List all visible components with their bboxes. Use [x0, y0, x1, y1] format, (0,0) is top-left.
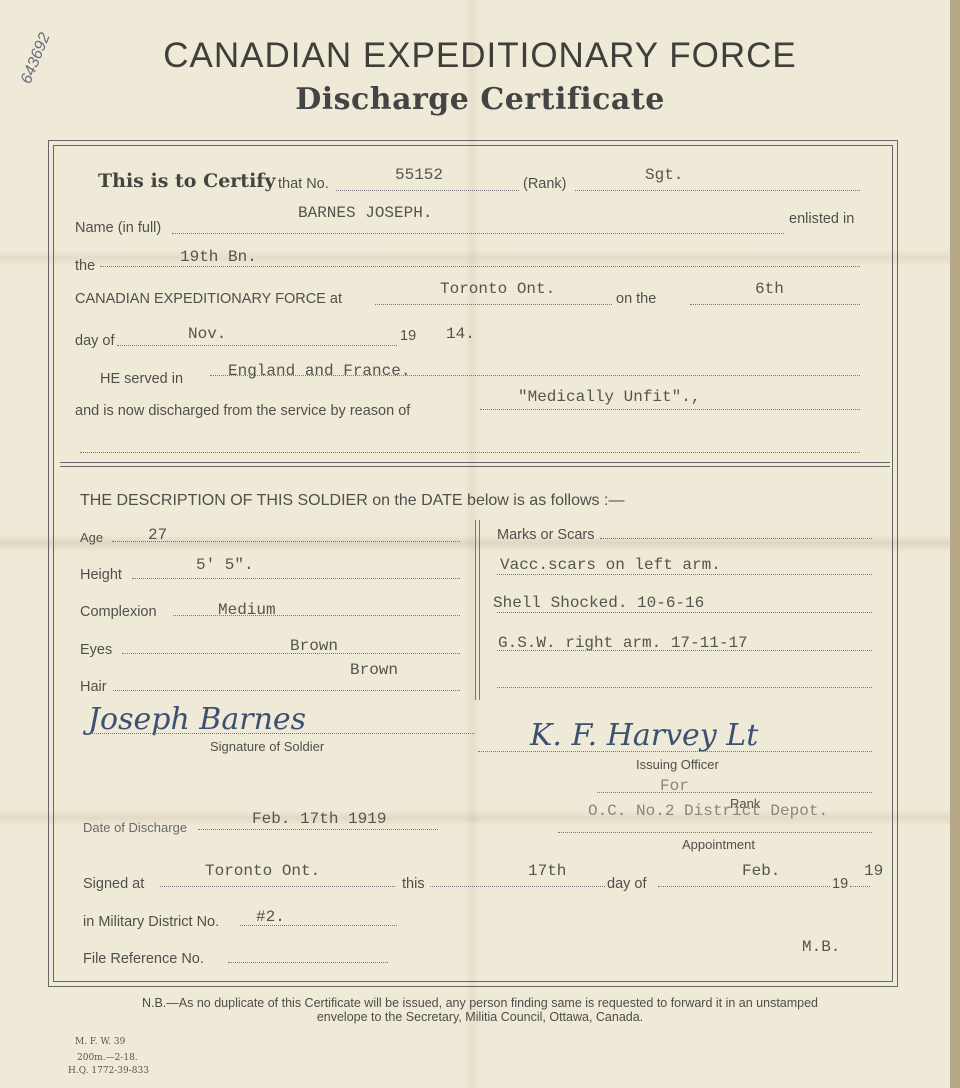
height-value: 5' 5".: [196, 556, 254, 574]
signed-at-label: Signed at: [83, 876, 144, 892]
marks-label: Marks or Scars: [497, 527, 595, 543]
description-heading: THE DESCRIPTION OF THIS SOLDIER on the D…: [80, 492, 624, 510]
district-label: in Military District No.: [83, 914, 219, 930]
signed-at-value: Toronto Ont.: [205, 862, 320, 880]
officer-signature: K. F. Harvey Lt: [530, 718, 758, 753]
number-label: that No.: [278, 176, 329, 192]
document-title: CANADIAN EXPEDITIONARY FORCE: [0, 36, 960, 76]
appointment-line: [558, 832, 872, 833]
signed-at-line: [160, 886, 395, 887]
name-line: [172, 233, 784, 234]
district-value: #2.: [256, 908, 285, 926]
enlist-month-line: [117, 345, 397, 346]
document-subtitle: Discharge Certificate: [0, 82, 960, 117]
nb-notice-line-1: N.B.—As no duplicate of this Certificate…: [60, 996, 900, 1010]
column-divider-right: [479, 520, 480, 700]
complexion-label: Complexion: [80, 604, 157, 620]
reason-value: "Medically Unfit".,: [518, 388, 700, 406]
enlist-year-prefix: 19: [400, 328, 416, 344]
enlist-day-line: [690, 304, 860, 305]
reason-label: and is now discharged from the service b…: [75, 403, 410, 419]
officer-signature-line: [478, 751, 872, 752]
day-line: [430, 886, 605, 887]
the-label: the: [75, 258, 95, 274]
signed-year-prefix: 19: [832, 876, 848, 892]
complexion-value: Medium: [218, 601, 276, 619]
certify-lead: This is to Certify: [98, 170, 276, 192]
enlist-month: Nov.: [188, 325, 226, 343]
marks-item: Shell Shocked. 10-6-16: [493, 594, 704, 612]
served-label: HE served in: [100, 371, 183, 387]
officer-rank-line: [597, 792, 872, 793]
file-ref-label: File Reference No.: [83, 951, 204, 967]
hair-label: Hair: [80, 679, 107, 695]
age-value: 27: [148, 526, 167, 544]
section-divider-bottom: [60, 466, 890, 467]
rank-label: (Rank): [523, 176, 567, 192]
officer-signature-label: Issuing Officer: [636, 757, 719, 772]
marks-line-0: [600, 538, 872, 539]
signed-day: 17th: [528, 862, 566, 880]
number-line: [336, 190, 519, 191]
marks-line-2: [497, 612, 872, 613]
enlist-place-line: [375, 304, 612, 305]
marks-line-1: [497, 574, 872, 575]
eyes-label: Eyes: [80, 642, 112, 658]
height-line: [132, 578, 460, 579]
enlist-place: Toronto Ont.: [440, 280, 555, 298]
signed-year: 19: [864, 862, 883, 880]
height-label: Height: [80, 567, 122, 583]
rank-line: [575, 190, 860, 191]
service-number: 55152: [395, 166, 443, 184]
marks-line-4: [497, 687, 872, 688]
nb-notice: N.B.—As no duplicate of this Certificate…: [60, 996, 900, 1024]
extra-line: [80, 452, 860, 453]
soldier-signature-label: Signature of Soldier: [210, 739, 324, 754]
day-of-label: day of: [75, 333, 115, 349]
marks-item: Vacc.scars on left arm.: [500, 556, 721, 574]
print-run: 200m.—2-18.: [77, 1053, 138, 1063]
enlist-year: 14.: [446, 325, 475, 343]
name-label: Name (in full): [75, 220, 161, 236]
marks-line-3: [497, 650, 872, 651]
signed-year-line: [850, 886, 870, 887]
discharge-date-line: [198, 829, 438, 830]
unit-line: [100, 266, 860, 267]
soldier-signature: Joseph Barnes: [88, 702, 306, 737]
eyes-value: Brown: [290, 637, 338, 655]
appointment-label: Appointment: [682, 837, 755, 852]
reason-line: [480, 409, 860, 410]
signed-day-of-label: day of: [607, 876, 647, 892]
clerk-initials: M.B.: [802, 938, 840, 956]
signed-month: Feb.: [742, 862, 780, 880]
form-code: M. F. W. 39: [75, 1037, 125, 1047]
hair-value: Brown: [350, 661, 398, 679]
served-in-value: England and France.: [228, 362, 410, 380]
paper-edge: [950, 0, 960, 1088]
hair-line: [113, 690, 460, 691]
signed-month-line: [658, 886, 830, 887]
complexion-line: [173, 615, 460, 616]
unit-value: 19th Bn.: [180, 248, 257, 266]
enlist-day: 6th: [755, 280, 784, 298]
column-divider-left: [475, 520, 476, 700]
discharge-date-label: Date of Discharge: [83, 820, 187, 835]
section-divider-top: [60, 462, 890, 463]
file-ref-line: [228, 962, 388, 963]
appointment-typed: O.C. No.2 District Depot.: [588, 802, 828, 820]
frame-border-inner: [53, 145, 893, 982]
rank-value: Sgt.: [645, 166, 683, 184]
this-label: this: [402, 876, 425, 892]
cef-at-label: CANADIAN EXPEDITIONARY FORCE at: [75, 291, 342, 307]
on-the-label: on the: [616, 291, 656, 307]
discharge-date: Feb. 17th 1919: [252, 810, 386, 828]
soldier-signature-line: [85, 733, 475, 734]
nb-notice-line-2: envelope to the Secretary, Militia Counc…: [60, 1010, 900, 1024]
age-label: Age: [80, 530, 103, 545]
hq-reference: H.Q. 1772-39-833: [68, 1066, 149, 1076]
enlisted-label: enlisted in: [789, 211, 854, 227]
name-value: BARNES JOSEPH.: [298, 204, 432, 222]
